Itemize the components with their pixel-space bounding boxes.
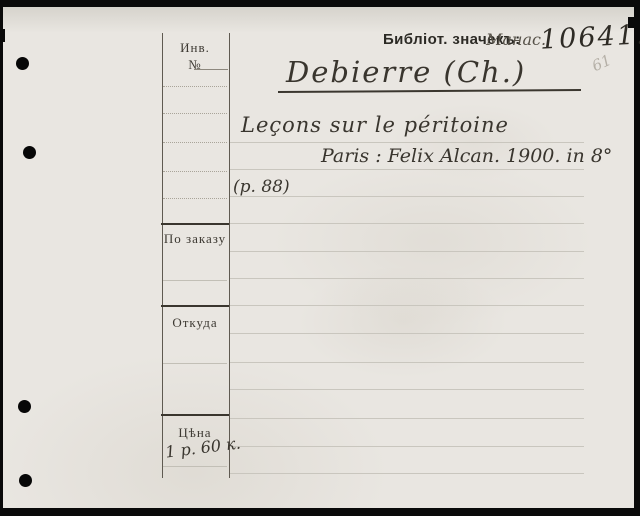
- column-ruled-line: [163, 142, 227, 143]
- column-divider: [161, 414, 229, 416]
- column-ruled-line: [163, 363, 227, 364]
- punch-hole: [16, 57, 29, 70]
- catalog-card-scan: Инв. № По заказу Откуда Цѣна 1 р. 60 к. …: [0, 0, 640, 516]
- ruled-line: [230, 389, 584, 390]
- entry-imprint: Paris : Felix Alcan. 1900. in 8°: [321, 145, 612, 167]
- index-column: [162, 33, 230, 478]
- by-order-label: По заказу: [162, 231, 228, 247]
- scan-artifact: [0, 29, 5, 42]
- column-divider: [161, 223, 229, 225]
- ruled-line: [230, 446, 584, 447]
- library-stamp-number: 10641.: [539, 19, 640, 56]
- column-ruled-line: [163, 113, 227, 114]
- inventory-label-line2: №: [162, 57, 228, 73]
- ruled-line: [230, 278, 584, 279]
- ruled-line: [230, 333, 584, 334]
- ruled-line: [230, 305, 584, 306]
- entry-pages: (p. 88): [233, 177, 290, 197]
- ruled-line: [230, 142, 584, 143]
- column-ruled-line: [163, 171, 227, 172]
- library-stamp-source: Манас.: [486, 30, 546, 49]
- column-ruled-line: [163, 198, 227, 199]
- ruled-line: [230, 251, 584, 252]
- author-heading: Debierre (Ch.): [286, 55, 526, 89]
- column-ruled-line: [163, 280, 227, 281]
- from-where-label: Откуда: [162, 315, 228, 331]
- punch-hole: [18, 400, 31, 413]
- ruled-line: [230, 223, 584, 224]
- punch-hole: [23, 146, 36, 159]
- inventory-label-line1: Инв.: [162, 40, 228, 56]
- ruled-line: [230, 169, 584, 170]
- column-ruled-line: [163, 86, 227, 87]
- entry-title: Leçons sur le péritoine: [241, 113, 509, 137]
- ruled-line: [230, 418, 584, 419]
- ruled-line: [230, 473, 584, 474]
- ruled-line: [230, 362, 584, 363]
- column-ruled-line: [163, 466, 227, 467]
- punch-hole: [19, 474, 32, 487]
- column-divider: [161, 305, 229, 307]
